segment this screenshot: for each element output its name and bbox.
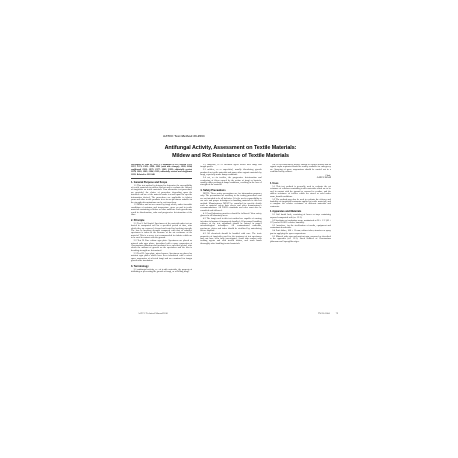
- body-paragraph: 4.2 The fungi used in this test method a…: [200, 218, 261, 233]
- attribution-note: Chair,AATCC RA31: [270, 175, 331, 180]
- body-paragraph: 6.4 Petri dishes, 100 × 15 mm; culture t…: [270, 230, 331, 235]
- body-paragraph: 2.2 Test II: Pure culture agar plate. Sp…: [131, 240, 192, 252]
- divider-rule: [131, 178, 192, 179]
- body-paragraph: NOTE: These safety precautions are for i…: [200, 193, 261, 212]
- section-heading: 4. Safety Precautions: [200, 189, 261, 192]
- footer-method-info: TM 30-2004 79: [200, 313, 338, 315]
- body-paragraph: 6.5 Mineral salts agar and nutrient agar…: [270, 236, 331, 243]
- footer-manual-label: AATCC Technical Manual/2010: [138, 313, 168, 315]
- document-page: AATCC Test Method 30-2004 Antifungal Act…: [0, 0, 458, 458]
- section-heading: 5. Uses: [270, 182, 331, 185]
- body-paragraph: 5.1 This test method is generally used t…: [270, 186, 331, 198]
- section-heading: 1. General Purpose and Scope: [131, 181, 192, 184]
- text-column: Developed in 1946 by AATCC Committee RA3…: [131, 164, 192, 311]
- body-paragraph: 3.4 rot, n.—in textiles, the progressive…: [200, 177, 261, 187]
- footer-page-number: 79: [336, 313, 338, 315]
- body-paragraph: 4.3 All chemicals should be handled with…: [200, 233, 261, 245]
- section-heading: 3. Terminology: [131, 265, 192, 268]
- page-title-line1: Antifungal Activity, Assessment on Texti…: [128, 144, 333, 152]
- footer-method-number: TM 30-2004: [318, 313, 330, 315]
- body-paragraph: 5.2 The method may also be used to evalu…: [270, 199, 331, 209]
- body-paragraph: 6.2 Incubator or incubation room, mainta…: [270, 220, 331, 225]
- text-column: 3.2 fungicide, n.—a chemical agent which…: [200, 164, 261, 311]
- page-title-line2: Mildew and Rot Resistance of Textile Mat…: [128, 152, 333, 160]
- body-paragraph: 3.3 mildew, n.—a superficial, usually di…: [200, 169, 261, 176]
- body-paragraph: 2.3 Test III: Agar plate, mixed spores. …: [131, 253, 192, 263]
- history-note: Developed in 1946 by AATCC Committee RA3…: [131, 164, 192, 176]
- body-paragraph: 6.1 Soil burial beds, consisting of boxe…: [270, 214, 331, 219]
- text-column: 4.4 An eyewash/safety shower should be l…: [270, 164, 331, 311]
- body-paragraph: 2.1 Test I: Soil burial. Specimens of th…: [131, 223, 192, 240]
- body-paragraph: 1.1 This test method is designed to dete…: [131, 185, 192, 204]
- section-heading: 6. Apparatus and Materials: [270, 210, 331, 213]
- body-paragraph: 4.1 Good laboratory practices should be …: [200, 213, 261, 218]
- body-paragraph: 1.2 Mildew and rot are caused by fungi w…: [131, 204, 192, 216]
- method-number-header: AATCC Test Method 30-2004: [163, 134, 205, 138]
- page-title: Antifungal Activity, Assessment on Texti…: [128, 144, 333, 160]
- body-paragraph: 4.4 An eyewash/safety shower should be l…: [270, 164, 331, 174]
- body-paragraph: 3.1 antifungal activity, n.—of textile m…: [131, 269, 192, 274]
- section-heading: 2. Principle: [131, 219, 192, 222]
- attribution-note-line: AATCC RA31: [270, 177, 331, 179]
- body-columns: Developed in 1946 by AATCC Committee RA3…: [131, 164, 331, 311]
